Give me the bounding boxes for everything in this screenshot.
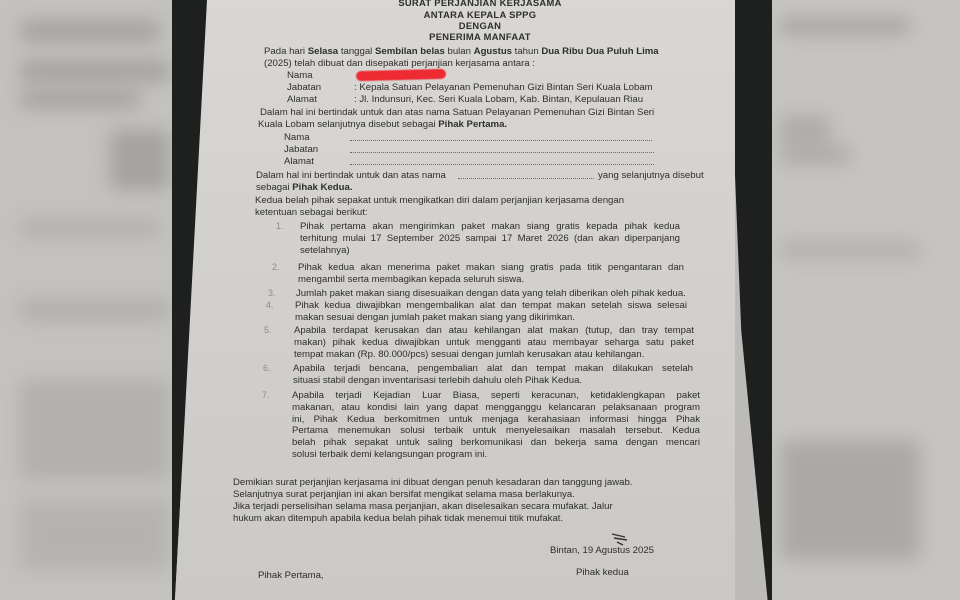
party2-name-label: Nama	[284, 132, 310, 144]
term-line: Pihak kedua diwajibkan mengembalikan ala…	[295, 300, 687, 312]
term-number: 6.	[263, 363, 271, 375]
redacted-name	[356, 69, 446, 81]
term-line: ini, Pihak Kedua berkomitmen untuk menja…	[292, 414, 700, 426]
term-number: 5.	[264, 325, 272, 337]
party2-position-label: Jabatan	[284, 144, 318, 156]
term-line: makan sesuai dengan jumlah paket makan s…	[295, 312, 575, 324]
doc-title-line-4: PENERIMA MANFAAT	[330, 31, 630, 43]
agreement-intro-line-2: ketentuan sebagai berikut:	[255, 207, 368, 219]
term-line: Jumlah paket makan siang disesuaikan den…	[296, 288, 686, 300]
closing-line-1: Demikian surat perjanjian kerjasama ini …	[233, 477, 632, 489]
term-number: 1.	[276, 221, 284, 233]
party1-position-label: Jabatan	[287, 82, 321, 94]
term-line: setelahnya)	[300, 245, 350, 257]
term-line: terhitung mulai 17 September 2025 sampai…	[300, 233, 680, 245]
party2-position-blank	[350, 152, 654, 153]
term-number: 7.	[262, 390, 270, 402]
term-number: 2.	[272, 262, 280, 274]
party1-address-value: : Jl. Indunsuri, Kec. Seri Kuala Lobam, …	[354, 94, 643, 106]
party1-name-label: Nama	[287, 70, 313, 82]
term-line: situasi stabil dengan inventarisasi terl…	[293, 375, 582, 387]
party1-statement-line-1: Dalam hal ini bertindak untuk dan atas n…	[260, 107, 654, 119]
term-line: Apabila terdapat kerusakan dan atau kehi…	[294, 325, 694, 337]
party1-address-label: Alamat	[287, 94, 317, 106]
term-line: makanan, atau kondisi lain yang dapat me…	[292, 402, 700, 414]
party1-position-value: : Kepala Satuan Pelayanan Pemenuhan Gizi…	[354, 82, 653, 94]
term-line: Pihak kedua akan menerima paket makan si…	[298, 262, 684, 274]
party2-name-blank	[350, 140, 652, 141]
term-line: Pihak pertama akan mengirimkan paket mak…	[300, 221, 680, 233]
party2-represent-blank	[458, 178, 594, 179]
term-line: Apabila terjadi bencana, pengembalian al…	[293, 363, 693, 375]
doc-title-line-3: DENGAN	[330, 20, 630, 32]
signature-right-label: Pihak kedua	[576, 567, 629, 579]
agreement-intro-line-1: Kedua belah pihak sepakat untuk mengikat…	[255, 195, 624, 207]
term-line: tempat makan (Rp. 80.000/pcs) sesuai den…	[294, 349, 644, 361]
party2-statement-line-1-post: yang selanjutnya disebut	[598, 170, 704, 182]
signature-scribble	[611, 532, 629, 546]
doc-title-line-1: SURAT PERJANJIAN KERJASAMA	[330, 0, 630, 9]
party2-statement-line-1-pre: Dalam hal ini bertindak untuk dan atas n…	[256, 170, 446, 182]
signature-left-label: Pihak Pertama,	[258, 570, 324, 582]
closing-line-4: hukum akan ditempuh apabila kedua belah …	[233, 513, 563, 525]
term-number: 4.	[266, 300, 274, 312]
party1-statement-line-2: Kuala Lobam selanjutnya disebut sebagai …	[258, 119, 507, 131]
opening-line-1: Pada hari Selasa tanggal Sembilan belas …	[264, 46, 659, 58]
party2-statement-line-2: sebagai Pihak Kedua.	[256, 182, 353, 194]
term-line: solusi terbaik demi kelangsungan program…	[292, 449, 487, 461]
closing-line-2: Selanjutnya surat perjanjian ini akan be…	[233, 489, 575, 501]
term-number: 3.	[268, 288, 276, 300]
term-line: mengambil serta membagikan kepada seluru…	[298, 274, 524, 286]
party2-address-label: Alamat	[284, 156, 314, 168]
doc-title-line-2: ANTARA KEPALA SPPG	[330, 9, 630, 21]
term-line: makan) pihak kedua diwajibkan untuk meng…	[294, 337, 694, 349]
term-line: Apabila terjadi Kejadian Luar Biasa, sep…	[292, 390, 700, 402]
closing-line-3: Jika terjadi perselisihan selama masa pe…	[233, 501, 613, 513]
agreement-document: SURAT PERJANJIAN KERJASAMA ANTARA KEPALA…	[0, 0, 960, 600]
place-date: Bintan, 19 Agustus 2025	[550, 545, 654, 557]
opening-line-2: (2025) telah dibuat dan disepakati perja…	[264, 58, 535, 70]
party2-address-blank	[350, 164, 654, 165]
term-line: belah pihak sepakat untuk saling berkomu…	[292, 437, 700, 449]
term-line: Pertama menemukan solusi terbaik untuk m…	[292, 425, 700, 437]
